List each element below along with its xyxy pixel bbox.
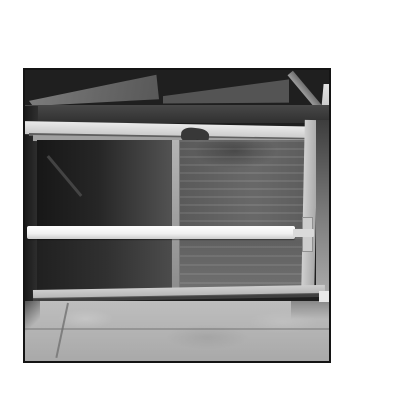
security-bar-end [293,229,314,237]
pane-upper-left [37,140,173,228]
sill-shadow-right [291,301,329,319]
pane-upper-right [178,140,305,228]
basement-window-photo [23,68,331,363]
concrete-joint-line [25,328,329,330]
window-header-wood [25,105,329,123]
center-mullion [171,140,180,294]
security-bar [27,226,295,239]
page-canvas [0,0,400,400]
concrete-sill [25,301,329,361]
sill-highlight-right [319,291,329,302]
sill-shadow-left [25,301,40,333]
right-jamb-wall [316,120,329,294]
